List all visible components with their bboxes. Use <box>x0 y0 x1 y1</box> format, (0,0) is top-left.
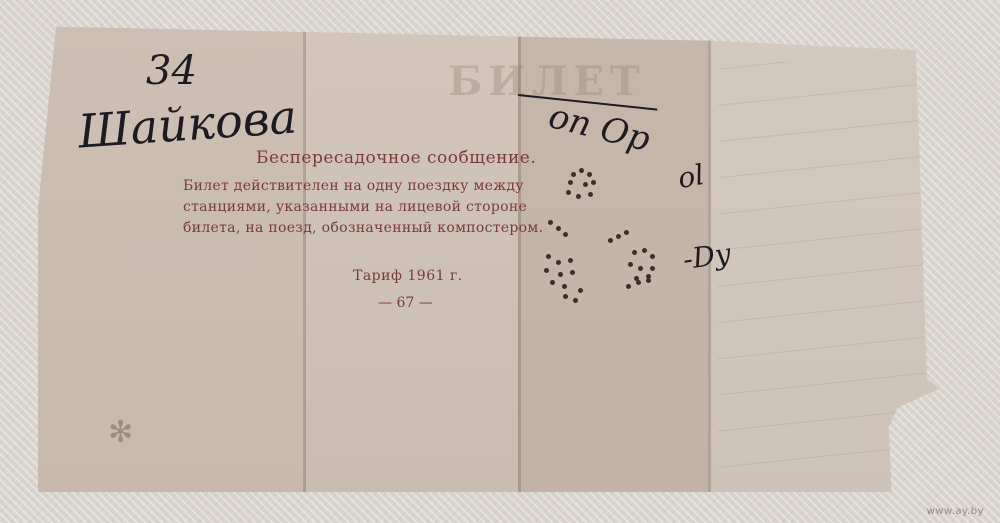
handwritten-signature-bottom: -Dy <box>681 237 733 276</box>
terms-line: билета, на поезд, обозначенный компостер… <box>183 218 643 239</box>
page-number: — 67 — <box>378 295 433 311</box>
terms-line: Билет действителен на одну поездку между <box>183 176 643 197</box>
ticket-heading: Беспересадочное сообщение. <box>256 148 536 168</box>
handwritten-signature-suffix: ol <box>675 158 706 195</box>
fold-line <box>303 22 306 492</box>
tariff-label: Тариф 1961 г. <box>353 268 463 284</box>
ticket-terms: Билет действителен на одну поездку между… <box>183 176 643 239</box>
terms-line: станциями, указанными на лицевой стороне <box>183 197 643 218</box>
watermark: www.ay.by <box>927 506 984 517</box>
handwritten-number: 34 <box>146 48 197 94</box>
asterisk-icon: ✻ <box>108 415 133 450</box>
ticket: БИЛЕТ Беспересадочное сообщение. Билет д… <box>38 22 943 492</box>
stub-grid <box>718 62 928 482</box>
